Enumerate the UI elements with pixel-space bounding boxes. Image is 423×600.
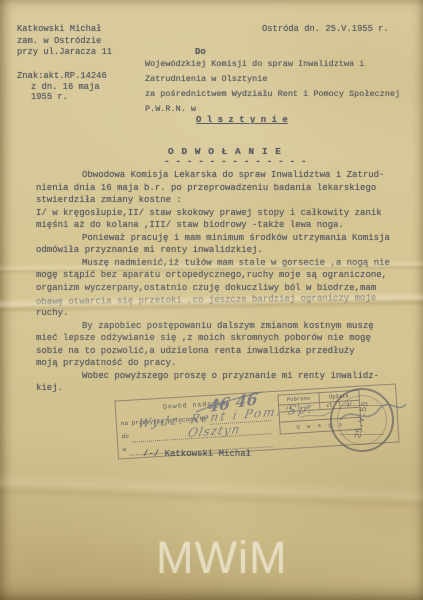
recipient-line: Zatrudnienia w Olsztynie — [145, 72, 400, 87]
postmark-stamp: 25.V.55 — [330, 388, 394, 452]
recipient-city: O l s z t y n i e — [196, 115, 288, 125]
receipt-field-w-label: w — [122, 443, 126, 456]
paper-crease — [0, 470, 423, 511]
date-line: Ostróda dn. 25.V.1955 r. — [262, 24, 389, 34]
body-line: ruchy. — [36, 307, 404, 320]
recipient-line: za pośrednictwem Wydziału Rent i Pomocy … — [145, 87, 400, 102]
body-line: Wobec powyższego proszę o przyznanie mi … — [36, 370, 404, 383]
recipient-line: Wojewódzkiej Komisji do spraw Inwalidztw… — [145, 57, 400, 72]
body-line: nienia dnia 16 maja b.r. po przeprowadze… — [36, 182, 404, 195]
letter-body: Obwodowa Komisja Lekarska do spraw Inwal… — [36, 169, 404, 395]
scanned-letter-page: Katkowski Michał zam. w Ostródzie przy u… — [0, 0, 423, 600]
body-line: mięśni aż do kolana ,III/ staw biodrowy … — [36, 219, 404, 232]
body-line: Obwodowa Komisja Lekarska do spraw Inwal… — [36, 169, 404, 182]
sender-street: przy ul.Jaracza 11 — [17, 47, 112, 59]
body-line: Ponieważ pracuję i mam minimum środków u… — [36, 232, 404, 245]
recipient-salutation: Do — [195, 47, 206, 57]
body-line: Muszę nadmienić,iż tułów mam stale w gor… — [36, 257, 404, 270]
body-line: odmówiła przyznanie mi renty inwalidzkie… — [36, 244, 404, 257]
body-line: moją przydatność do pracy. — [36, 357, 404, 370]
reference-year: 1955 r. — [17, 92, 107, 103]
body-line: By zapobiec postępowaniu dalszym zmianom… — [36, 320, 404, 333]
body-line: mogę stąpić bez aparatu ortopedycznego,r… — [36, 269, 404, 282]
reference-block: Znak:akt.RP.14246 z dn. 16 maja 1955 r. — [17, 71, 107, 103]
body-line: stwierdziła zmiany kostne : — [36, 194, 404, 207]
body-line: I/ w kręgosłupie,II/ staw skokowy prawej… — [36, 207, 404, 220]
recipient-block: Wojewódzkiej Komisji do spraw Inwalidztw… — [145, 57, 400, 117]
sender-city: zam. w Ostródzie — [17, 36, 112, 48]
receipt-field-do-label: do — [121, 430, 129, 443]
sender-block: Katkowski Michał zam. w Ostródzie przy u… — [17, 24, 112, 59]
sender-name: Katkowski Michał — [17, 24, 112, 36]
title-underline: - - - - - - - - - - - - - — [164, 156, 307, 167]
reference-number: Znak:akt.RP.14246 — [17, 71, 107, 82]
body-line: sobie na to pozwolić,a udzielona renta i… — [36, 345, 404, 358]
body-line: mieć lepsze odżywianie się ,z moich skro… — [36, 332, 404, 345]
archive-watermark: MWiM — [156, 532, 287, 584]
reference-date: z dn. 16 maja — [17, 82, 107, 93]
